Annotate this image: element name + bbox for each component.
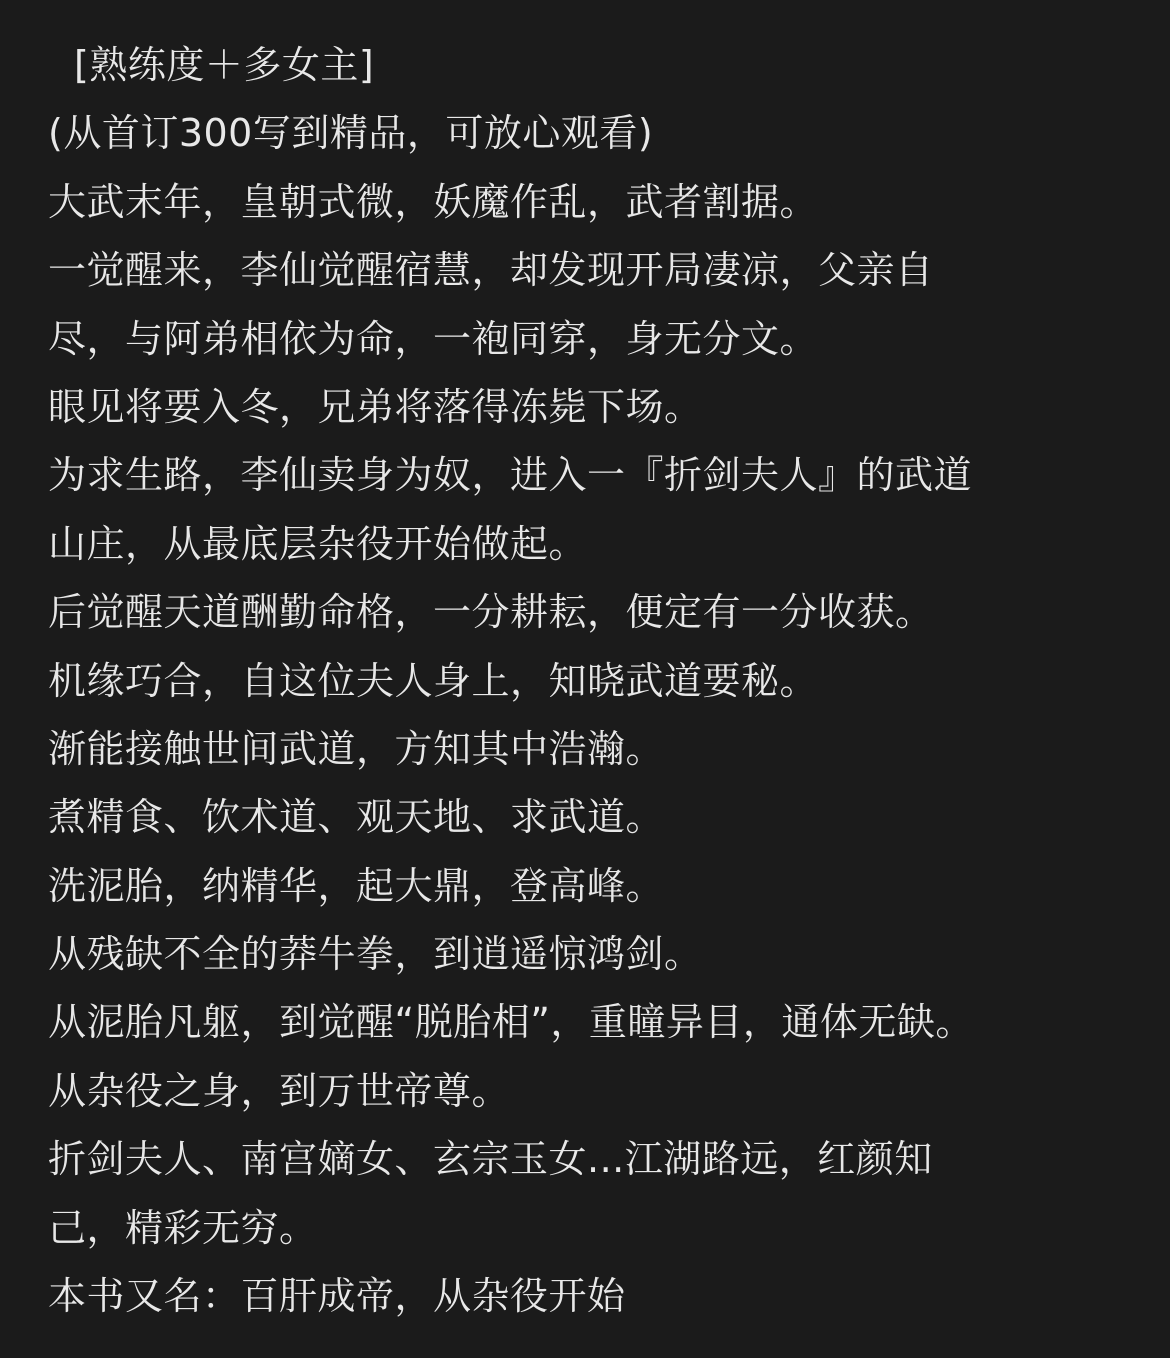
synopsis-line: 煮精食、饮术道、观天地、求武道。 bbox=[48, 783, 1128, 851]
synopsis-line: 从杂役之身，到万世帝尊。 bbox=[48, 1057, 1128, 1125]
synopsis-line: 大武末年，皇朝式微，妖魔作乱，武者割据。 bbox=[48, 168, 1128, 236]
synopsis-line: 山庄，从最底层杂役开始做起。 bbox=[48, 510, 1128, 578]
book-synopsis: [熟练度＋多女主] (从首订300写到精品，可放心观看) 大武末年，皇朝式微，妖… bbox=[48, 31, 1128, 1330]
synopsis-line: 机缘巧合，自这位夫人身上，知晓武道要秘。 bbox=[48, 647, 1128, 715]
synopsis-line: 折剑夫人、南宫嫡女、玄宗玉女...江湖路远，红颜知 bbox=[48, 1125, 1128, 1193]
tag-line: [熟练度＋多女主] bbox=[48, 31, 1128, 99]
note-line: (从首订300写到精品，可放心观看) bbox=[48, 99, 1128, 167]
synopsis-line: 后觉醒天道酬勤命格，一分耕耘，便定有一分收获。 bbox=[48, 578, 1128, 646]
synopsis-line: 为求生路，李仙卖身为奴，进入一『折剑夫人』的武道 bbox=[48, 441, 1128, 509]
synopsis-line: 渐能接触世间武道，方知其中浩瀚。 bbox=[48, 715, 1128, 783]
synopsis-line: 眼见将要入冬，兄弟将落得冻毙下场。 bbox=[48, 373, 1128, 441]
synopsis-line: 己，精彩无穷。 bbox=[48, 1194, 1128, 1262]
synopsis-line: 一觉醒来，李仙觉醒宿慧，却发现开局凄凉，父亲自 bbox=[48, 236, 1128, 304]
synopsis-line: 洗泥胎，纳精华，起大鼎，登高峰。 bbox=[48, 852, 1128, 920]
synopsis-line: 尽，与阿弟相依为命，一袍同穿，身无分文。 bbox=[48, 305, 1128, 373]
synopsis-line: 从泥胎凡躯，到觉醒“脱胎相”，重瞳异目，通体无缺。 bbox=[48, 988, 1128, 1056]
synopsis-line: 从残缺不全的莽牛拳，到逍遥惊鸿剑。 bbox=[48, 920, 1128, 988]
alt-title-line: 本书又名：百肝成帝，从杂役开始 bbox=[48, 1262, 1128, 1330]
